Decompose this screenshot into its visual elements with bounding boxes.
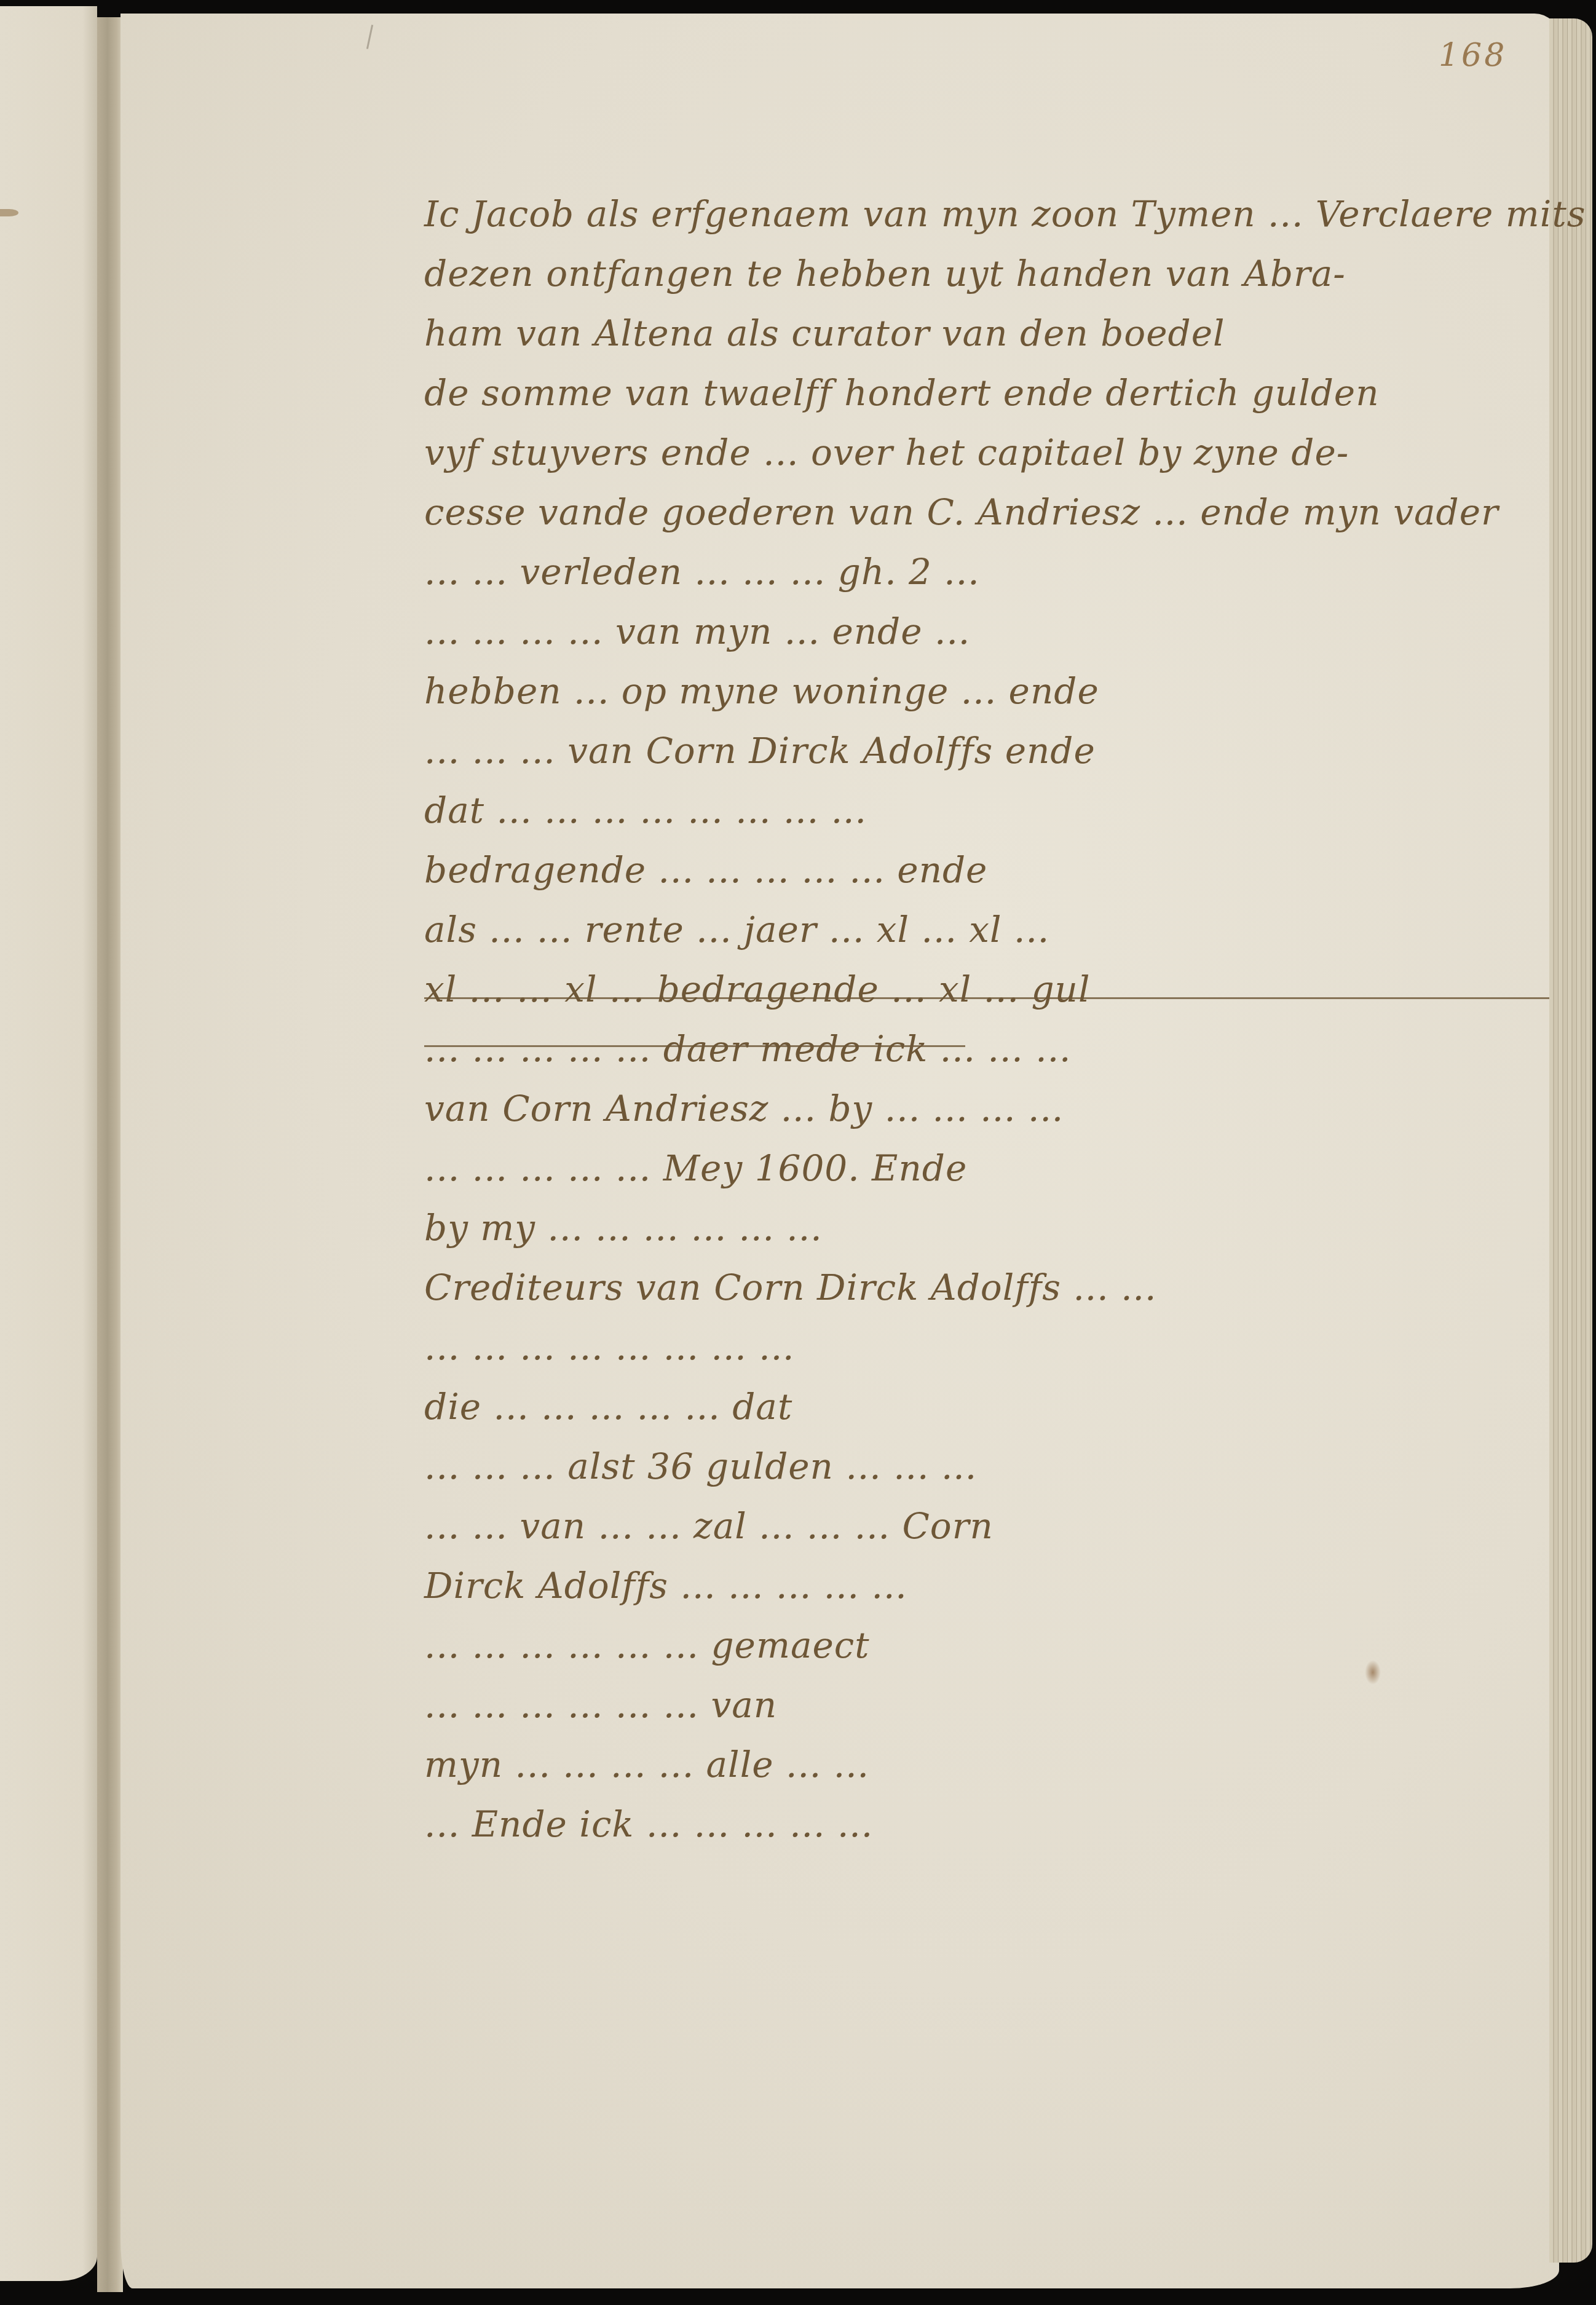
text-line: ... ... ... alst 36 gulden ... ... ... bbox=[424, 1437, 1549, 1496]
text-line: dezen ontfangen te hebben uyt handen van… bbox=[424, 244, 1549, 304]
text-line: bedragende ... ... ... ... ... ende bbox=[424, 840, 1549, 900]
text-line: ... Ende ick ... ... ... ... ... bbox=[424, 1795, 1549, 1854]
text-line: Crediteurs van Corn Dirck Adolffs ... ..… bbox=[424, 1258, 1549, 1318]
ink-underline bbox=[424, 1045, 965, 1047]
text-line: de somme van twaelff hondert ende dertic… bbox=[424, 363, 1549, 423]
text-line: ... ... van ... ... zal ... ... ... Corn bbox=[424, 1496, 1549, 1556]
text-line: ... ... ... van Corn Dirck Adolffs ende bbox=[424, 721, 1549, 781]
text-line: Dirck Adolffs ... ... ... ... ... bbox=[424, 1556, 1549, 1616]
handwritten-text-block: Ic Jacob als erfgenaem van myn zoon Tyme… bbox=[424, 184, 1549, 1854]
folio-number: 168 bbox=[1439, 37, 1507, 74]
text-line: vyf stuyvers ende ... over het capitael … bbox=[424, 423, 1549, 483]
text-line: dat ... ... ... ... ... ... ... ... bbox=[424, 781, 1549, 840]
text-line: by my ... ... ... ... ... ... bbox=[424, 1198, 1549, 1258]
text-line: van Corn Andriesz ... by ... ... ... ... bbox=[424, 1079, 1549, 1139]
book-gutter bbox=[97, 17, 123, 2292]
text-line: Ic Jacob als erfgenaem van myn zoon Tyme… bbox=[424, 184, 1549, 244]
text-line: ... ... ... ... van myn ... ende ... bbox=[424, 602, 1549, 662]
text-line: cesse vande goederen van C. Andriesz ...… bbox=[424, 483, 1549, 542]
text-line: ... ... ... ... ... ... ... ... bbox=[424, 1318, 1549, 1377]
text-line: myn ... ... ... ... alle ... ... bbox=[424, 1735, 1549, 1795]
text-line: ham van Altena als curator van den boede… bbox=[424, 304, 1549, 363]
book-spread: 168 Ic Jacob als erfgenaem van myn zoon … bbox=[0, 0, 1596, 2305]
page-edge-stack bbox=[1549, 18, 1592, 2263]
ink-blot bbox=[0, 209, 18, 216]
text-line: ... ... verleden ... ... ... gh. 2 ... bbox=[424, 542, 1549, 602]
text-line: xl ... ... xl ... bedragende ... xl ... … bbox=[424, 960, 1549, 1019]
ink-stain bbox=[1365, 1660, 1381, 1685]
text-line: die ... ... ... ... ... dat bbox=[424, 1377, 1549, 1437]
text-line: als ... ... rente ... jaer ... xl ... xl… bbox=[424, 900, 1549, 960]
ink-underline bbox=[424, 997, 1549, 999]
text-line: ... ... ... ... ... Mey 1600. Ende bbox=[424, 1139, 1549, 1198]
left-page-edge bbox=[0, 6, 97, 2281]
text-line: ... ... ... ... ... daer mede ick ... ..… bbox=[424, 1019, 1549, 1079]
text-line: hebben ... op myne woninge ... ende bbox=[424, 662, 1549, 721]
